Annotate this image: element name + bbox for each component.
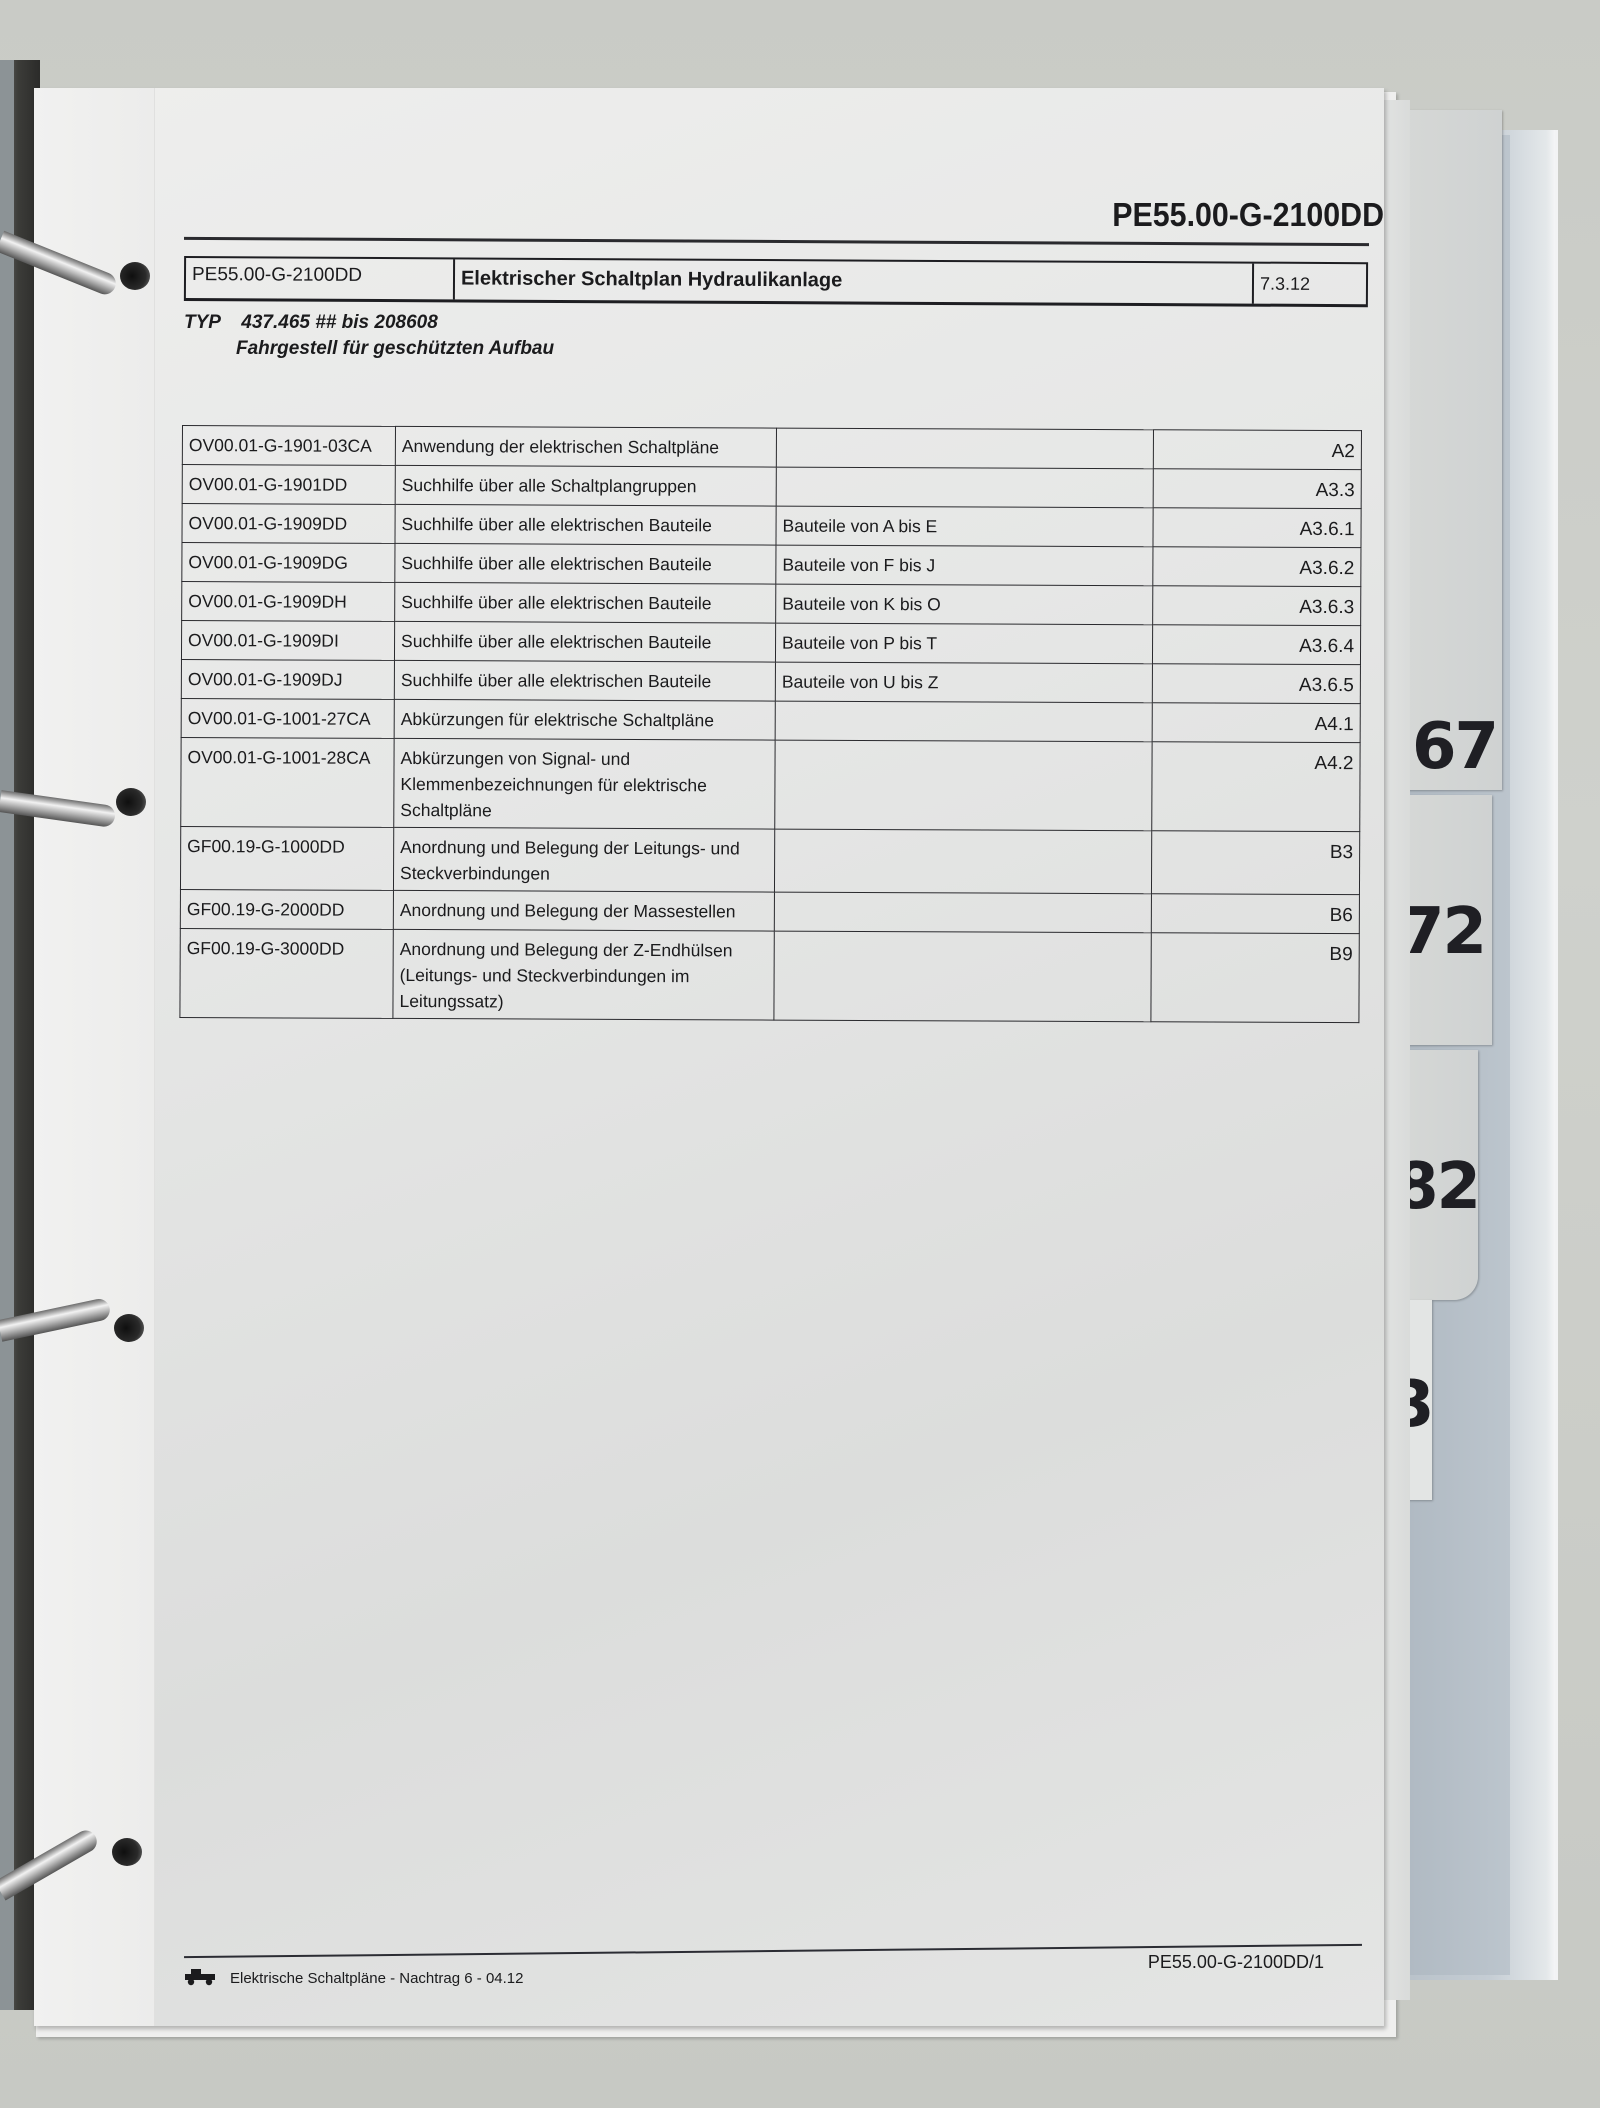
table-row: OV00.01-G-1901-03CAAnwendung der elektri… xyxy=(182,426,1361,470)
row-reference: A3.6.2 xyxy=(1153,547,1361,587)
row-subtitle xyxy=(774,892,1151,933)
row-title: Abkürzungen für elektrische Schaltpläne xyxy=(394,699,775,740)
punch-hole xyxy=(114,1314,144,1342)
tab-divider-67[interactable]: 67 xyxy=(1400,110,1502,790)
row-title: Anordnung und Belegung der Z-Endhülsen (… xyxy=(393,929,774,1020)
row-title: Anordnung und Belegung der Leitungs- und… xyxy=(393,827,774,892)
row-reference: A3.6.5 xyxy=(1152,664,1360,704)
row-title: Suchhilfe über alle Schaltplangruppen xyxy=(395,465,776,506)
row-subtitle xyxy=(775,701,1152,742)
row-title: Suchhilfe über alle elektrischen Bauteil… xyxy=(395,543,776,584)
binder-spine xyxy=(0,60,14,2010)
table-row: OV00.01-G-1001-28CAAbkürzungen von Signa… xyxy=(181,737,1360,831)
typ-range: 437.465 ## bis 208608 xyxy=(241,312,438,333)
punch-hole xyxy=(116,788,146,816)
row-code: OV00.01-G-1001-27CA xyxy=(181,698,394,738)
row-reference: A3.3 xyxy=(1153,469,1361,509)
title-box: PE55.00-G-2100DD Elektrischer Schaltplan… xyxy=(184,256,1368,307)
row-code: OV00.01-G-1909DG xyxy=(182,543,395,583)
row-code: OV00.01-G-1909DJ xyxy=(181,659,394,699)
row-subtitle xyxy=(774,829,1151,894)
row-subtitle xyxy=(776,428,1153,469)
row-code: OV00.01-G-1909DI xyxy=(181,621,394,661)
row-title: Suchhilfe über alle elektrischen Bauteil… xyxy=(395,504,776,545)
table-row: GF00.19-G-1000DDAnordnung und Belegung d… xyxy=(180,826,1359,894)
row-subtitle: Bauteile von A bis E xyxy=(776,506,1153,547)
page-margin xyxy=(34,88,155,2026)
table-row: OV00.01-G-1001-27CAAbkürzungen für elekt… xyxy=(181,698,1360,742)
title-text: Elektrischer Schaltplan Hydraulikanlage xyxy=(455,259,1252,303)
row-code: OV00.01-G-1909DH xyxy=(182,582,395,622)
table-row: OV00.01-G-1901DDSuchhilfe über alle Scha… xyxy=(182,465,1361,509)
table-row: OV00.01-G-1909DGSuchhilfe über alle elek… xyxy=(182,543,1361,587)
table-row: OV00.01-G-1909DDSuchhilfe über alle elek… xyxy=(182,504,1361,548)
row-reference: B3 xyxy=(1151,831,1359,895)
footer-text: Elektrische Schaltpläne - Nachtrag 6 - 0… xyxy=(230,1970,524,1987)
tab-label: 67 xyxy=(1412,710,1497,784)
row-code: OV00.01-G-1901-03CA xyxy=(182,426,395,466)
header-rule xyxy=(184,237,1369,246)
title-code: PE55.00-G-2100DD xyxy=(186,258,455,299)
document-code-header: PE55.00-G-2100DD xyxy=(206,196,1384,234)
row-code: OV00.01-G-1001-28CA xyxy=(181,737,394,827)
table-row: GF00.19-G-2000DDAnordnung und Belegung d… xyxy=(180,889,1359,933)
row-title: Suchhilfe über alle elektrischen Bauteil… xyxy=(395,582,776,623)
punch-hole xyxy=(120,262,150,290)
section-number: 7.3.12 xyxy=(1252,264,1366,305)
row-subtitle xyxy=(775,740,1152,831)
row-reference: A3.6.4 xyxy=(1152,625,1360,665)
row-reference: A2 xyxy=(1153,430,1361,470)
table-row: OV00.01-G-1909DHSuchhilfe über alle elek… xyxy=(182,582,1361,626)
row-code: OV00.01-G-1909DD xyxy=(182,504,395,544)
punch-hole xyxy=(112,1838,142,1866)
document-page: PE55.00-G-2100DD PE55.00-G-2100DD Elektr… xyxy=(34,88,1384,2026)
row-title: Suchhilfe über alle elektrischen Bauteil… xyxy=(394,660,775,701)
row-reference: A3.6.3 xyxy=(1153,586,1361,626)
row-subtitle: Bauteile von K bis O xyxy=(776,584,1153,625)
row-title: Anwendung der elektrischen Schaltpläne xyxy=(395,426,776,467)
tab-divider-82[interactable]: 82 xyxy=(1400,1050,1478,1300)
row-reference: A4.1 xyxy=(1152,703,1360,743)
table-row: GF00.19-G-3000DDAnordnung und Belegung d… xyxy=(180,928,1359,1022)
typ-label: TYP xyxy=(184,310,236,336)
row-subtitle: Bauteile von U bis Z xyxy=(775,662,1152,703)
row-subtitle xyxy=(776,467,1153,508)
row-code: GF00.19-G-3000DD xyxy=(180,928,393,1018)
row-reference: A3.6.1 xyxy=(1153,508,1361,548)
row-subtitle xyxy=(774,931,1151,1022)
row-code: GF00.19-G-1000DD xyxy=(180,826,393,890)
contents-table: OV00.01-G-1901-03CAAnwendung der elektri… xyxy=(179,425,1362,1023)
row-reference: A4.2 xyxy=(1152,742,1360,832)
type-designation: TYP 437.465 ## bis 208608 Fahrgestell fü… xyxy=(184,310,554,362)
row-subtitle: Bauteile von F bis J xyxy=(776,545,1153,586)
table-row: OV00.01-G-1909DJSuchhilfe über alle elek… xyxy=(181,659,1360,703)
row-title: Anordnung und Belegung der Massestellen xyxy=(393,890,774,931)
tab-label: 72 xyxy=(1400,895,1485,969)
row-title: Abkürzungen von Signal- und Klemmenbezei… xyxy=(394,738,775,829)
row-code: OV00.01-G-1901DD xyxy=(182,465,395,505)
row-code: GF00.19-G-2000DD xyxy=(180,889,393,929)
table-row: OV00.01-G-1909DISuchhilfe über alle elek… xyxy=(181,621,1360,665)
row-reference: B6 xyxy=(1151,894,1359,934)
row-subtitle: Bauteile von P bis T xyxy=(775,623,1152,664)
footer-page-ref: PE55.00-G-2100DD/1 xyxy=(1148,1952,1324,1973)
typ-description: Fahrgestell für geschützten Aufbau xyxy=(184,336,554,362)
row-reference: B9 xyxy=(1151,933,1359,1023)
row-title: Suchhilfe über alle elektrischen Bauteil… xyxy=(394,621,775,662)
truck-icon xyxy=(184,1968,216,1986)
tab-divider-72[interactable]: 72 xyxy=(1400,795,1492,1045)
